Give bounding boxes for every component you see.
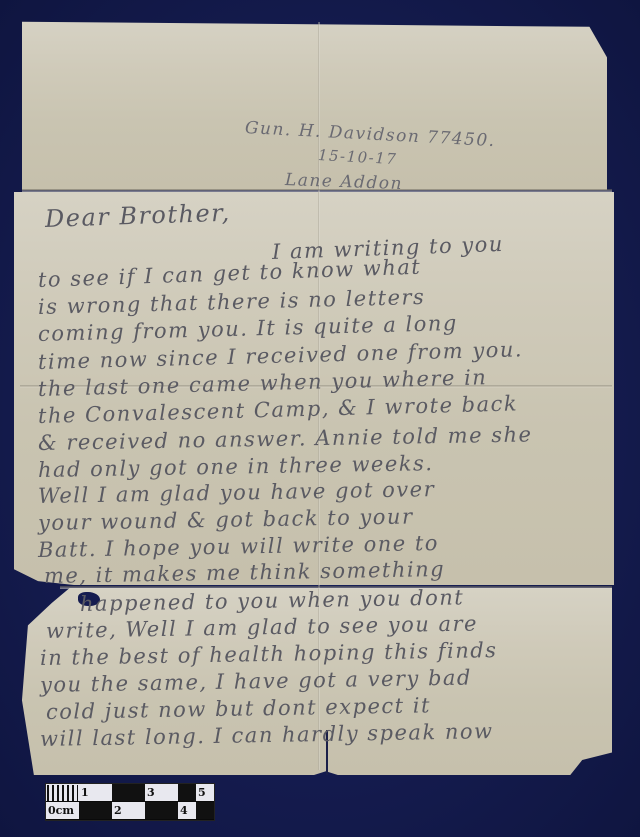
scale-mm-ticks xyxy=(47,785,78,801)
letter-place: Lane Addon xyxy=(285,170,404,194)
scale-cell: 2 xyxy=(112,802,145,819)
scale-cell xyxy=(196,802,214,819)
scale-cell: 5 xyxy=(196,784,214,801)
scale-cell: 3 xyxy=(145,784,178,801)
scale-ticks-cell xyxy=(46,784,79,801)
letter-page-top-panel xyxy=(22,20,607,190)
scale-cell xyxy=(145,802,178,819)
scale-cell xyxy=(79,802,112,819)
scale-cell: 1 xyxy=(79,784,112,801)
scale-bar: 1 3 5 0cm 2 4 xyxy=(45,783,215,821)
scale-cell xyxy=(112,784,145,801)
scale-cell-unit: 0cm xyxy=(46,802,79,819)
